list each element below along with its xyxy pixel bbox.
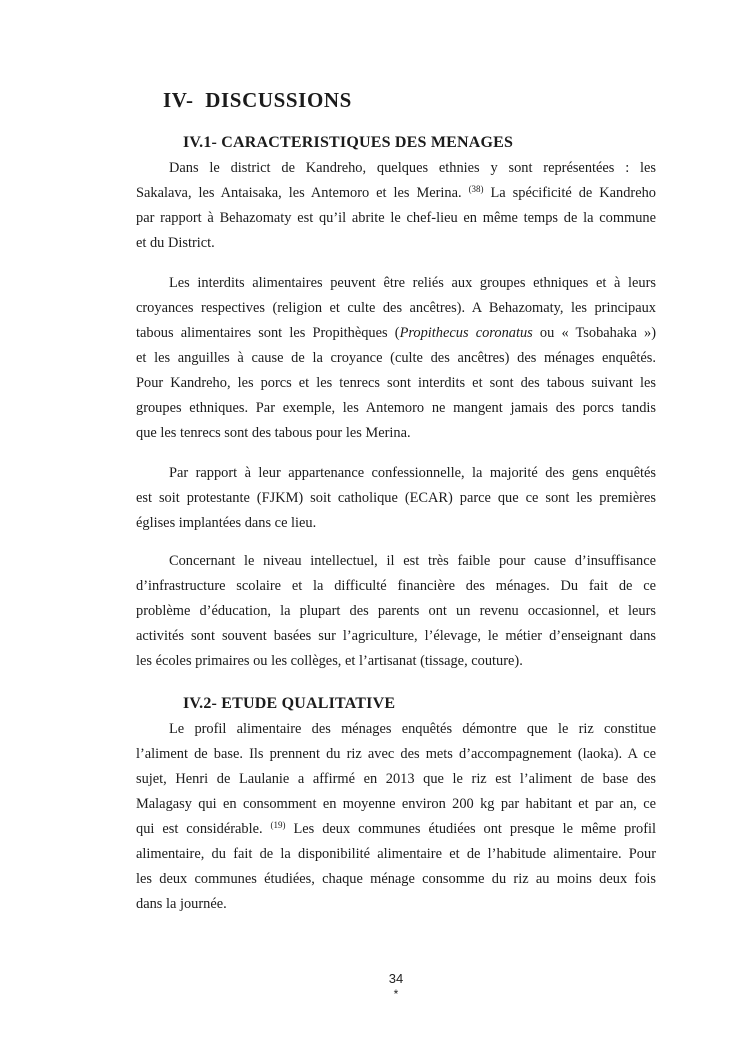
footnote-ref-38: (38) [469,184,484,194]
text-line: tabous alimentaires sont les Propithèque… [136,321,656,346]
page-title: IV- DISCUSSIONS [163,88,352,113]
text-line: et les anguilles à cause de la croyance … [136,346,656,371]
text-line: qui est considérable. (19) Les deux comm… [136,817,656,842]
paragraph-ethnies: Dans le district de Kandreho, quelques e… [136,156,656,256]
paragraph-niveau-intellectuel: Concernant le niveau intellectuel, il es… [136,549,656,674]
text-line: Sakalava, les Antaisaka, les Antemoro et… [136,181,656,206]
text-segment: La spécificité de Kandreho [484,185,656,201]
text-line: problème d’éducation, la plupart des par… [136,599,656,624]
text-line: les écoles primaires ou les collèges, et… [136,649,656,674]
footnote-ref-19: (19) [271,820,286,830]
text-line: croyances respectives (religion et culte… [136,296,656,321]
text-line: Pour Kandreho, les porcs et les tenrecs … [136,371,656,396]
text-line: est soit protestante (FJKM) soit catholi… [136,486,656,511]
text-line: l’aliment de base. Ils prennent du riz a… [136,742,656,767]
text-line: d’infrastructure scolaire et la difficul… [136,574,656,599]
text-line: groupes ethniques. Par exemple, les Ante… [136,396,656,421]
text-line: activités sont souvent basées sur l’agri… [136,624,656,649]
text-segment: ou « Tsobahaka ») [533,325,656,341]
text-line: Les interdits alimentaires peuvent être … [136,271,656,296]
text-segment: qui est considérable. [136,821,271,837]
text-line: alimentaire, du fait de la disponibilité… [136,842,656,867]
text-line: églises implantées dans ce lieu. [136,511,656,536]
footnote-marker: * [136,988,656,1001]
text-line: sujet, Henri de Laulanie a affirmé en 20… [136,767,656,792]
species-name-italic: Propithecus coronatus [400,325,533,341]
paragraph-profil-alimentaire: Le profil alimentaire des ménages enquêt… [136,717,656,917]
text-line: Par rapport à leur appartenance confessi… [136,461,656,486]
text-line: que les tenrecs sont des tabous pour les… [136,421,656,446]
text-line: Concernant le niveau intellectuel, il es… [136,549,656,574]
paragraph-interdits-alimentaires: Les interdits alimentaires peuvent être … [136,271,656,446]
text-line: dans la journée. [136,892,656,917]
section-heading-iv2: IV.2- ETUDE QUALITATIVE [183,695,395,713]
text-line: Le profil alimentaire des ménages enquêt… [136,717,656,742]
text-line: et du District. [136,231,656,256]
text-line: par rapport à Behazomaty est qu’il abrit… [136,206,656,231]
text-segment: Les deux communes étudiées ont presque l… [286,821,656,837]
text-segment: Sakalava, les Antaisaka, les Antemoro et… [136,185,469,201]
document-page: IV- DISCUSSIONS IV.1- CARACTERISTIQUES D… [0,0,744,1053]
section-heading-iv1: IV.1- CARACTERISTIQUES DES MENAGES [183,134,513,152]
text-line: Dans le district de Kandreho, quelques e… [136,156,656,181]
text-line: Malagasy qui en consomment en moyenne en… [136,792,656,817]
text-segment: tabous alimentaires sont les Propithèque… [136,325,400,341]
paragraph-confession: Par rapport à leur appartenance confessi… [136,461,656,536]
text-line: les deux communes étudiées, chaque ménag… [136,867,656,892]
page-number: 34 [136,971,656,986]
